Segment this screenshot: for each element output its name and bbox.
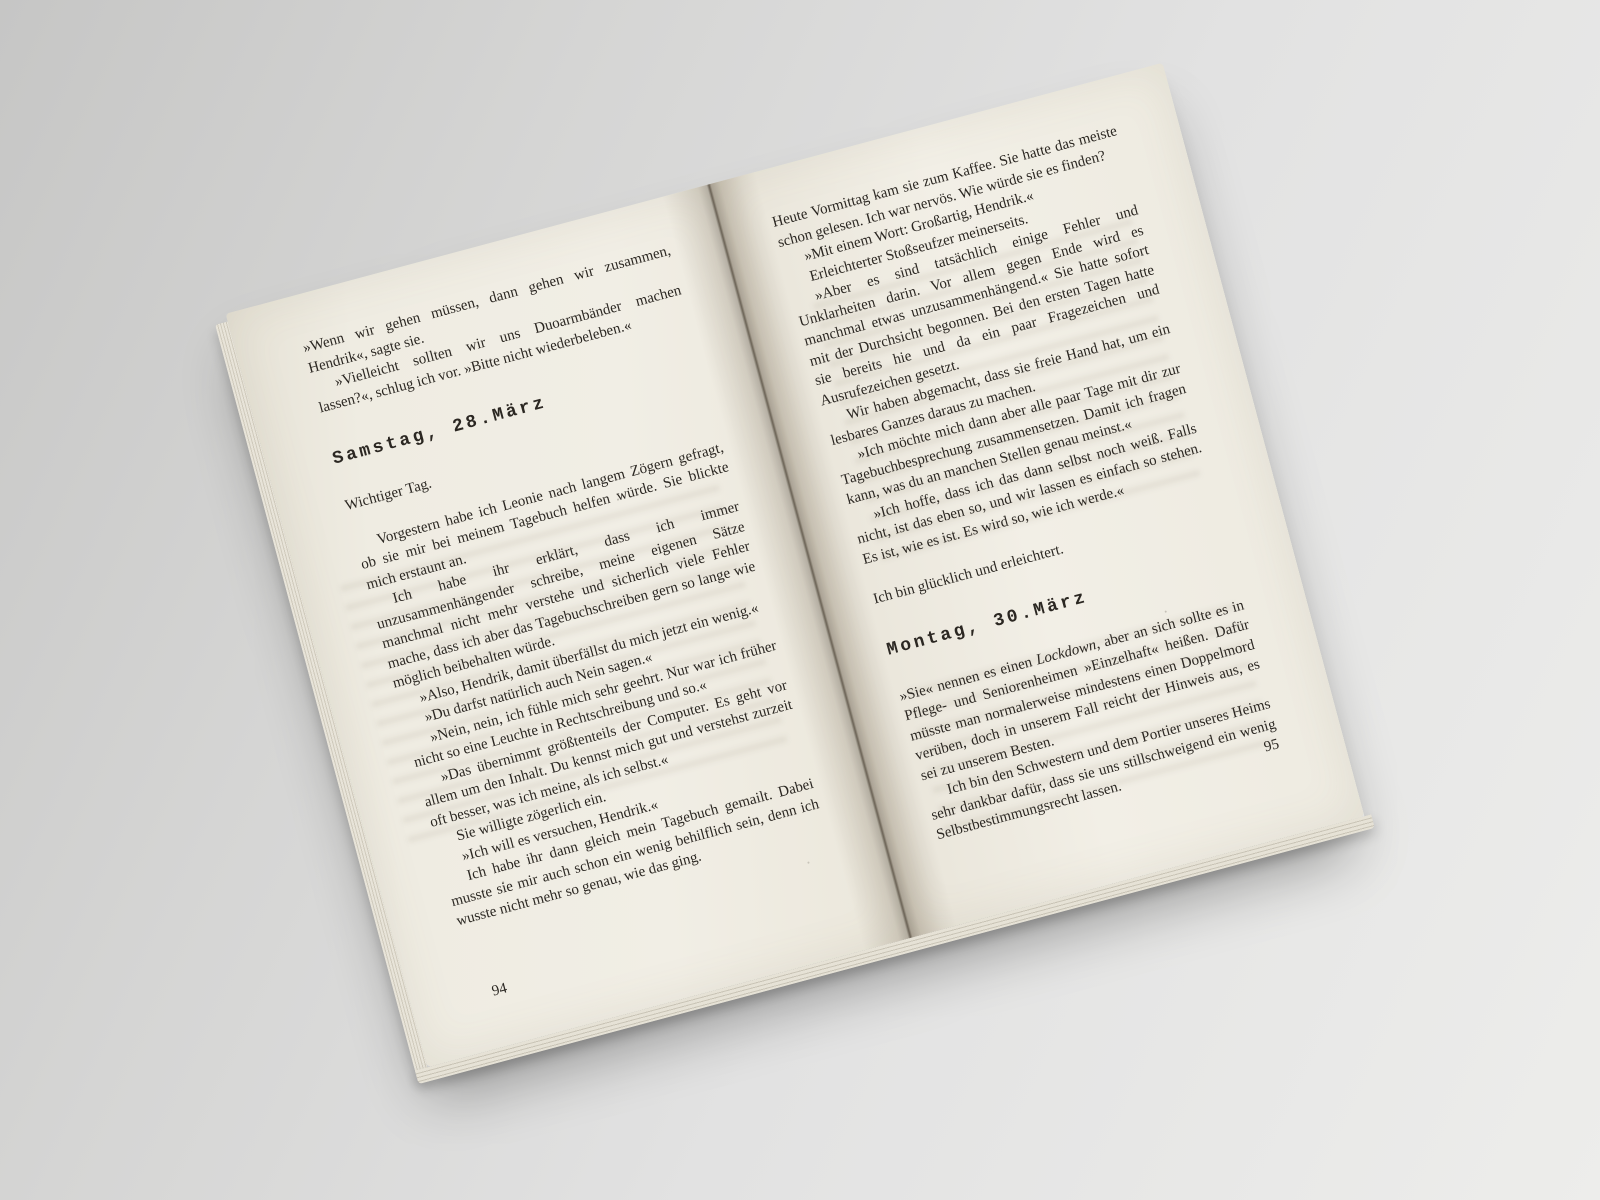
photo-background: »Wenn wir gehen müssen, dann gehen wir z… (0, 0, 1600, 1200)
open-book: »Wenn wir gehen müssen, dann gehen wir z… (226, 63, 1365, 1067)
left-page-text-block: »Wenn wir gehen müssen, dann gehen wir z… (301, 241, 827, 932)
